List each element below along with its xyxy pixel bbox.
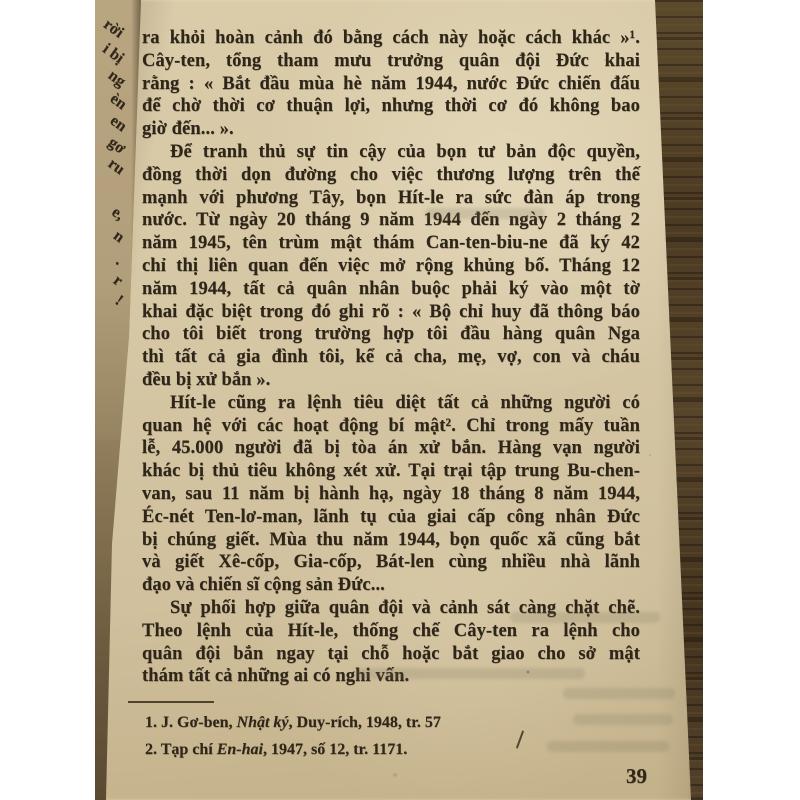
text-line: Hít-le cũng ra lệnh tiêu diệt tất cả nhữ… (142, 392, 640, 415)
footnotes: 1. J. Gơ-ben, Nhật ký, Duy-rích, 1948, t… (145, 709, 615, 763)
text-line: đều bị xử bắn ». (142, 369, 640, 392)
edge-text-fragment: ru (104, 155, 128, 179)
edge-text-fragment: ng (104, 67, 128, 91)
text-line: van, sau 11 năm bị hành hạ, ngày 18 thán… (142, 483, 640, 506)
text-line: Cây-ten, tổng tham mưu trưởng quân đội Đ… (142, 50, 640, 73)
bleed-through-smudge (563, 688, 675, 699)
bleed-through-smudge (425, 208, 545, 219)
edge-text-fragment: e, (108, 203, 128, 224)
book-photo: ra khỏi hoàn cảnh đó bằng cách này hoặc … (95, 0, 703, 800)
bleed-through-smudge (355, 668, 585, 679)
edge-text-fragment: r (109, 272, 125, 291)
text-line: lễ, 45.000 người đã bị tòa án xử bắn. Hà… (142, 437, 640, 460)
text-line: đạo và chiến sĩ cộng sản Đức... (142, 574, 640, 597)
text-line: khai đặc biệt trong đó ghi rõ : « Bộ chỉ… (142, 301, 640, 324)
page-number: 39 (626, 764, 647, 789)
text-line: bị chúng giết. Mùa thu năm 1944, bọn quố… (142, 529, 640, 552)
bleed-through-smudge (510, 612, 660, 623)
footnote: 1. J. Gơ-ben, Nhật ký, Duy-rích, 1948, t… (145, 709, 615, 736)
text-line: quân đội bắn ngay tại chỗ hoặc bắt giao … (142, 643, 640, 666)
text-line: cho tôi biết trong trường hợp tôi đầu hà… (142, 323, 640, 346)
book-page: ra khỏi hoàn cảnh đó bằng cách này hoặc … (95, 0, 703, 800)
text-line: đồng thời dọn đường cho việc thương lượn… (142, 164, 640, 187)
bleed-through-smudge (573, 714, 673, 725)
text-line: để chờ thời cơ thuận lợi, nhưng thời cơ … (142, 95, 640, 118)
text-line: mạnh với phương Tây, bọn Hít-le ra sức đ… (142, 187, 640, 210)
screenshot-root: { "page": { "number": "39", "colors": { … (0, 0, 800, 800)
text-line: Theo lệnh của Hít-le, thống chế Cây-ten … (142, 620, 640, 643)
edge-text-fragment: i bị (99, 40, 127, 67)
text-line: Để tranh thủ sự tin cậy của bọn tư bản đ… (142, 141, 640, 164)
text-line: và giết Xê-cốp, Gia-cốp, Bát-len cùng nh… (142, 551, 640, 574)
edge-text-fragment: ! (111, 292, 126, 310)
bleed-through-smudge (547, 741, 669, 752)
text-line: rằng : « Bắt đầu mùa hè năm 1944, nước Đ… (142, 73, 640, 96)
footnote-separator (128, 701, 214, 703)
edge-text-fragment: gơ (104, 134, 128, 158)
text-line: khác bị thủ tiêu không xét xử. Tại trại … (142, 460, 640, 483)
footnote: 2. Tạp chí En-hai, 1947, số 12, tr. 1171… (145, 736, 615, 763)
text-line: năm 1944, tất cả quân nhân buộc phải ký … (142, 278, 640, 301)
text-line: Éc-nét Ten-lơ-man, lãnh tụ của giai cấp … (142, 506, 640, 529)
text-line: nước. Từ ngày 20 tháng 9 năm 1944 đến ng… (142, 209, 640, 232)
edge-text-fragment: èn (106, 90, 130, 114)
text-line: ra khỏi hoàn cảnh đó bằng cách này hoặc … (142, 27, 640, 50)
text-line: giờ đến... ». (142, 118, 640, 141)
text-line: năm 1945, tên trùm mật thám Can-ten-biu-… (142, 232, 640, 255)
edge-text-fragment: en (106, 112, 130, 136)
edge-text-fragment: rời (100, 16, 127, 43)
edge-text-fragment: n (110, 227, 128, 247)
text-line: chỉ thị liên quan đến việc mở rộng khủng… (142, 255, 640, 278)
text-line: quan hệ với các hoạt động bí mật². Chỉ t… (142, 415, 640, 438)
text-block: ra khỏi hoàn cảnh đó bằng cách này hoặc … (142, 27, 640, 688)
edge-text-fragment: . (112, 253, 126, 270)
text-line: thì tất cả gia đình tôi, kể cả cha, mẹ, … (142, 346, 640, 369)
